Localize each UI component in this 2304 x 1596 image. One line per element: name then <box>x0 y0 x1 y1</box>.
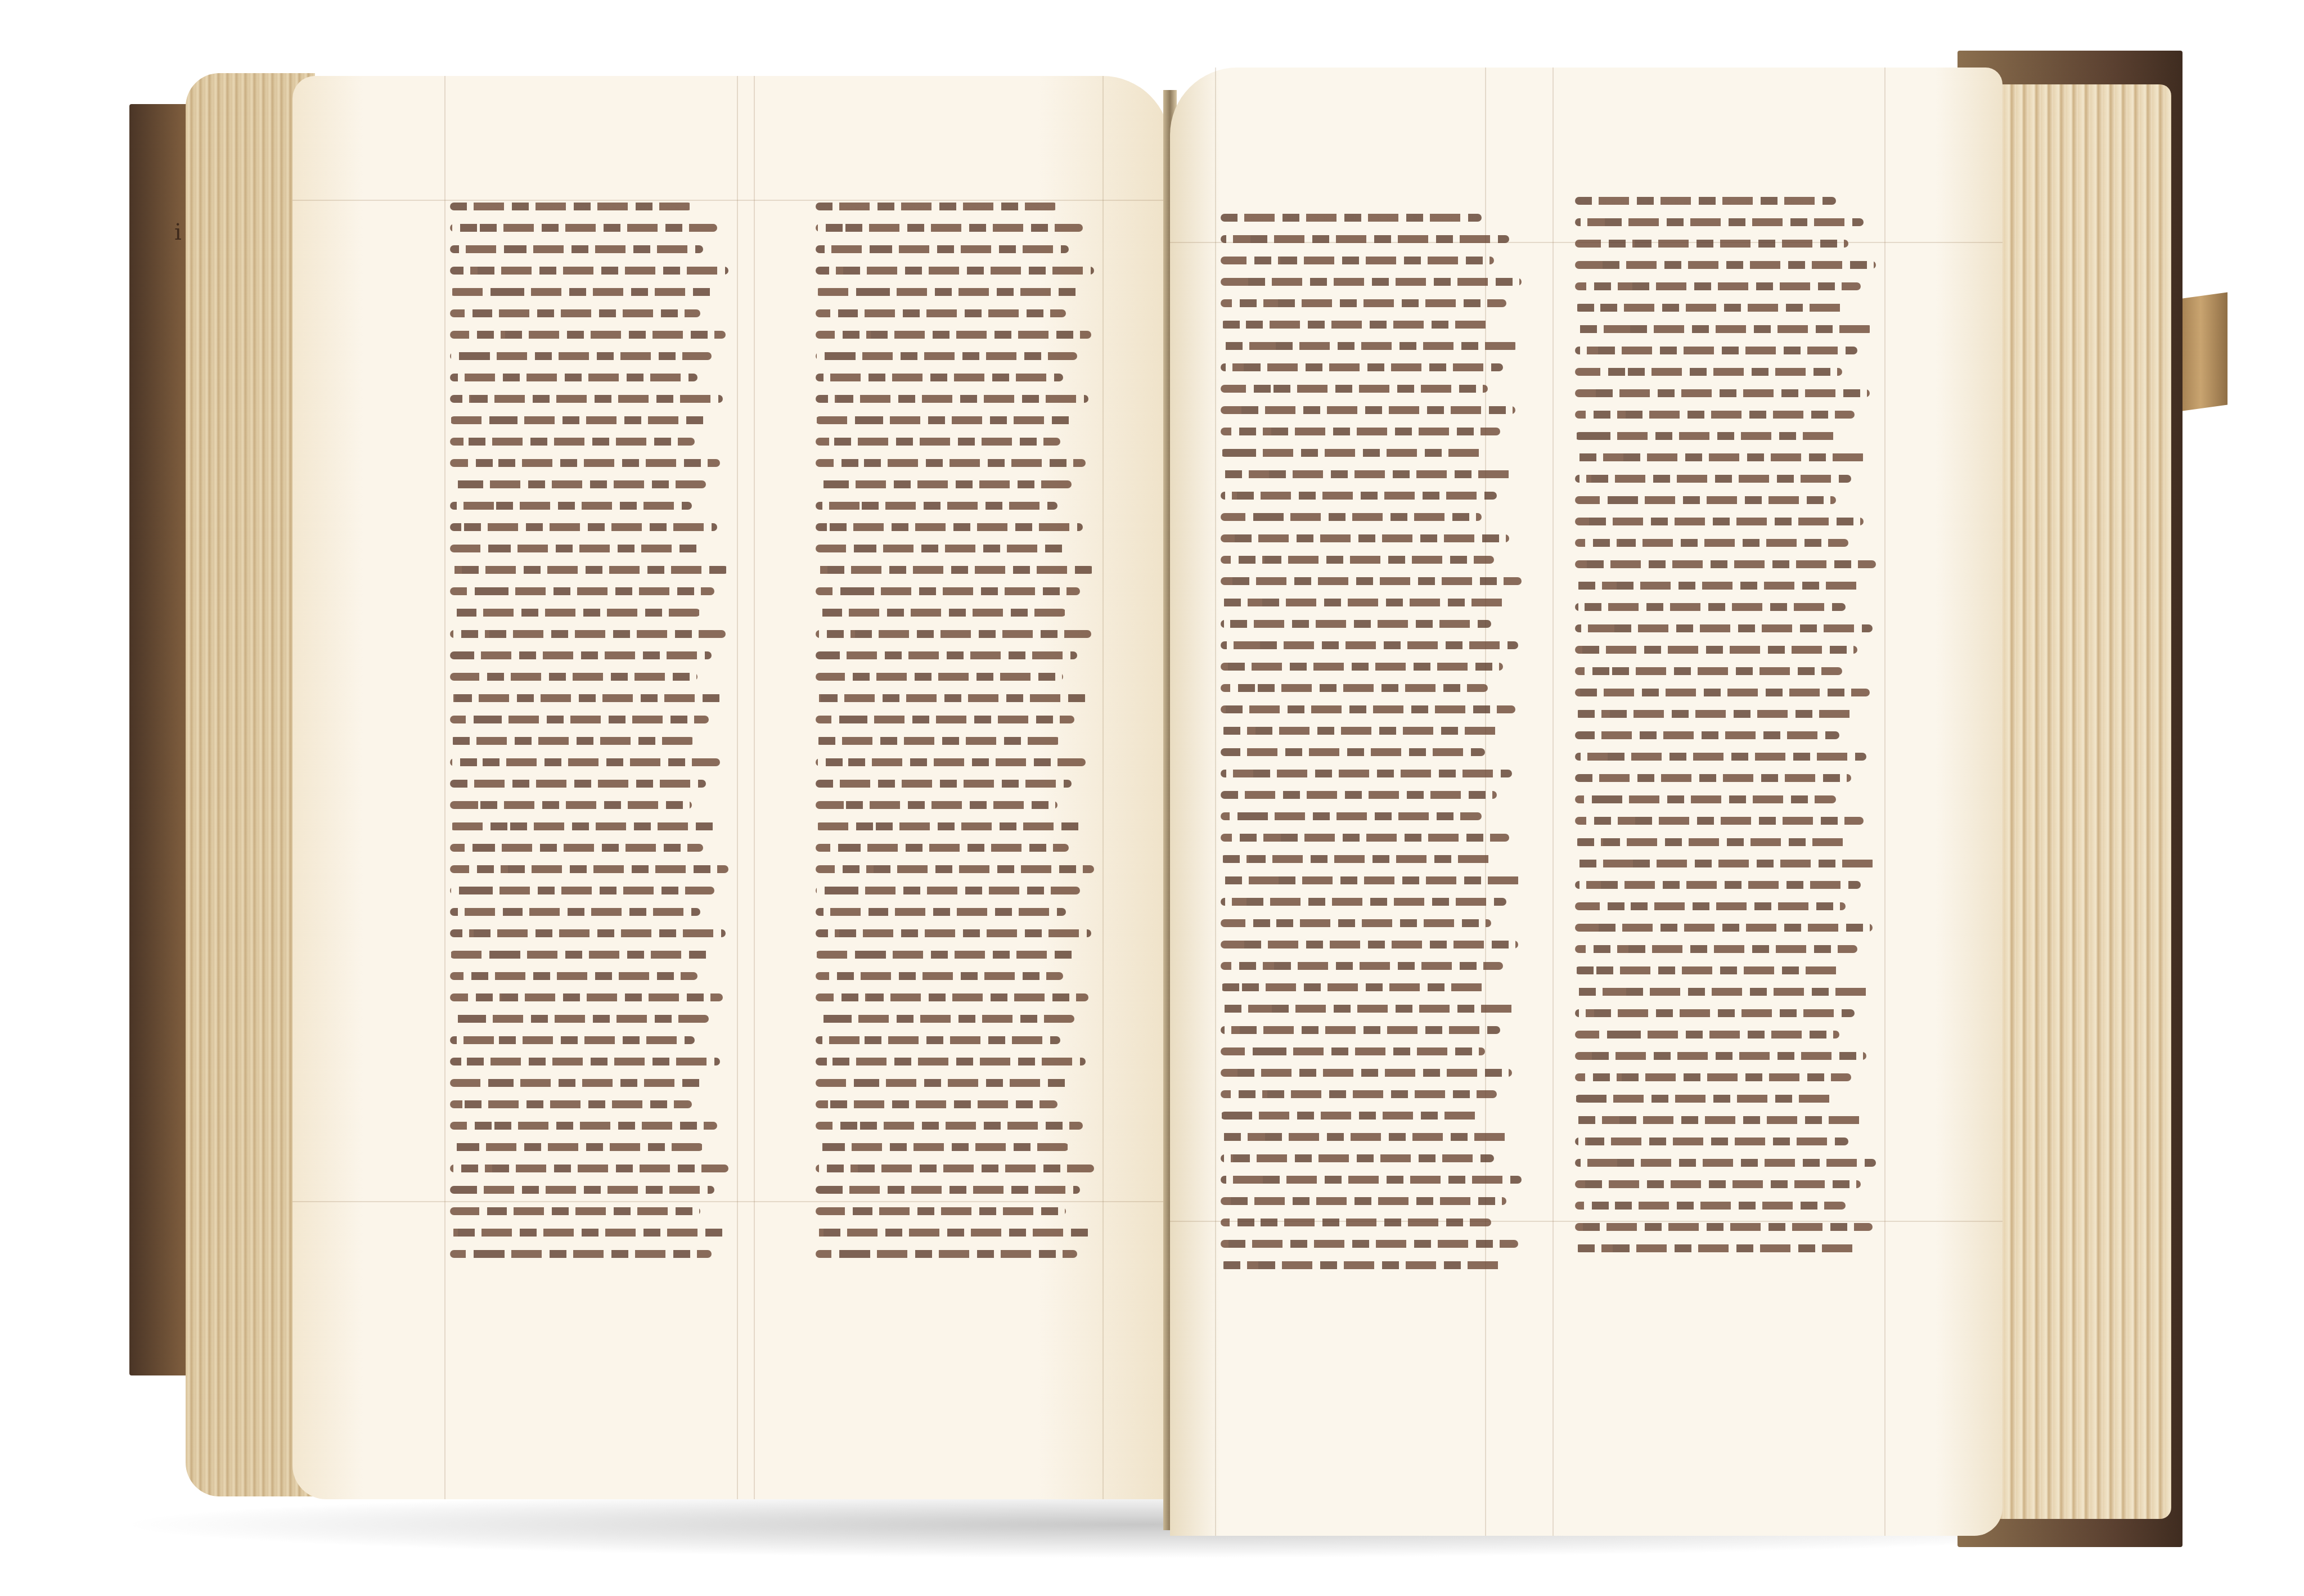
ruling-line <box>754 76 755 1499</box>
ruling-line <box>444 76 445 1499</box>
handwritten-line <box>816 694 1088 702</box>
handwritten-line <box>816 972 1063 980</box>
handwritten-line <box>816 288 1080 296</box>
handwritten-line <box>1221 599 1506 606</box>
handwritten-line <box>450 758 720 766</box>
handwritten-line <box>816 673 1063 681</box>
handwritten-line <box>450 1207 700 1215</box>
handwritten-line <box>450 288 714 296</box>
handwritten-line <box>1221 385 1488 393</box>
leather-tab <box>2182 292 2227 411</box>
handwritten-line <box>1221 1197 1506 1205</box>
handwritten-line <box>450 203 692 210</box>
handwritten-line <box>450 523 717 531</box>
handwritten-line <box>816 267 1094 275</box>
handwritten-line <box>1221 1090 1497 1098</box>
handwritten-line <box>1575 560 1876 568</box>
handwritten-line <box>450 609 700 617</box>
handwritten-line <box>450 1058 720 1066</box>
handwritten-line <box>816 545 1069 552</box>
handwritten-line <box>1221 855 1494 863</box>
handwritten-line <box>450 780 706 788</box>
handwritten-line <box>450 1122 717 1130</box>
folio-mark: i <box>174 219 182 245</box>
handwritten-line <box>1221 1112 1482 1120</box>
handwritten-line <box>1575 1052 1866 1060</box>
handwritten-line <box>1221 705 1515 713</box>
handwritten-line <box>1575 945 1857 953</box>
handwritten-line <box>1575 603 1846 611</box>
handwritten-line <box>816 502 1057 510</box>
ruling-line <box>1884 68 1885 1536</box>
handwritten-line <box>816 1207 1066 1215</box>
handwritten-line <box>1575 325 1873 333</box>
handwritten-line <box>1575 860 1876 867</box>
handwritten-line <box>816 865 1094 873</box>
handwritten-line <box>1221 449 1485 457</box>
handwritten-line <box>1575 582 1861 590</box>
handwritten-line <box>1575 689 1870 696</box>
handwritten-line <box>450 566 728 574</box>
handwritten-line <box>1221 834 1509 842</box>
text-column-2 <box>816 203 1097 1271</box>
handwritten-line <box>1575 368 1842 376</box>
handwritten-line <box>450 801 692 809</box>
handwritten-line <box>1575 518 1864 525</box>
handwritten-line <box>816 929 1091 937</box>
ruling-line <box>1552 68 1554 1536</box>
handwritten-line <box>1221 791 1497 799</box>
handwritten-line <box>1575 667 1842 675</box>
handwritten-line <box>450 309 700 317</box>
handwritten-line <box>1575 218 1864 226</box>
right-page <box>1170 68 2002 1536</box>
handwritten-line <box>816 1079 1072 1087</box>
handwritten-line <box>816 1186 1080 1194</box>
handwritten-line <box>1575 1031 1839 1038</box>
handwritten-line <box>450 951 712 959</box>
handwritten-line <box>816 737 1060 745</box>
handwritten-line <box>1575 924 1873 932</box>
text-column-1 <box>450 203 731 1271</box>
handwritten-line <box>1575 795 1836 803</box>
text-lines <box>1221 214 1524 1269</box>
handwritten-line <box>1221 962 1503 970</box>
ruling-line <box>737 76 738 1499</box>
handwritten-line <box>1575 347 1857 354</box>
handwritten-line <box>1575 624 1873 632</box>
handwritten-line <box>816 993 1088 1001</box>
handwritten-line <box>1221 770 1512 777</box>
handwritten-line <box>816 887 1080 894</box>
handwritten-line <box>450 224 717 232</box>
handwritten-line <box>1575 475 1851 483</box>
handwritten-line <box>450 1165 728 1172</box>
handwritten-line <box>1221 1047 1485 1055</box>
handwritten-line <box>1221 1176 1522 1184</box>
handwritten-line <box>450 887 714 894</box>
handwritten-line <box>1575 389 1870 397</box>
handwritten-line <box>1221 278 1522 286</box>
handwritten-line <box>1221 898 1506 906</box>
handwritten-line <box>1221 470 1512 478</box>
text-column-4 <box>1575 197 1879 1266</box>
handwritten-line <box>1575 1138 1848 1145</box>
handwritten-line <box>1575 646 1857 654</box>
handwritten-line <box>1221 876 1522 884</box>
handwritten-line <box>816 951 1077 959</box>
handwritten-line <box>450 480 706 488</box>
handwritten-line <box>1575 731 1839 739</box>
handwritten-line <box>450 352 712 360</box>
handwritten-line <box>450 1250 712 1258</box>
handwritten-line <box>450 1079 706 1087</box>
handwritten-line <box>816 587 1080 595</box>
handwritten-line <box>450 331 726 339</box>
handwritten-line <box>1221 299 1506 307</box>
handwritten-line <box>1575 838 1848 846</box>
handwritten-line <box>450 1015 709 1023</box>
handwritten-line <box>1575 710 1855 718</box>
handwritten-line <box>450 1186 714 1194</box>
handwritten-line <box>1221 406 1515 414</box>
handwritten-line <box>1575 817 1864 825</box>
handwritten-line <box>1221 919 1491 927</box>
handwritten-line <box>816 1229 1091 1237</box>
handwritten-line <box>816 1165 1094 1172</box>
handwritten-line <box>1221 428 1500 435</box>
handwritten-line <box>450 694 723 702</box>
handwritten-line <box>1221 214 1482 222</box>
handwritten-line <box>816 480 1072 488</box>
handwritten-line <box>450 374 697 381</box>
handwritten-line <box>816 416 1074 424</box>
handwritten-line <box>1575 774 1851 782</box>
handwritten-line <box>450 929 726 937</box>
handwritten-line <box>1575 411 1855 419</box>
handwritten-line <box>450 416 709 424</box>
handwritten-line <box>816 566 1094 574</box>
handwritten-line <box>1221 684 1488 692</box>
handwritten-line <box>816 331 1091 339</box>
handwritten-line <box>1221 663 1503 671</box>
handwritten-line <box>1575 240 1848 248</box>
handwritten-line <box>816 395 1088 403</box>
handwritten-line <box>450 822 717 830</box>
handwritten-line <box>1575 966 1842 974</box>
handwritten-line <box>816 780 1072 788</box>
handwritten-line <box>816 1250 1077 1258</box>
ruling-line <box>1215 68 1216 1536</box>
handwritten-line <box>1221 1219 1491 1226</box>
handwritten-line <box>1575 1095 1836 1103</box>
handwritten-line <box>1221 534 1509 542</box>
handwritten-line <box>450 438 695 446</box>
handwritten-line <box>1575 304 1846 312</box>
handwritten-line <box>816 630 1091 638</box>
handwritten-line <box>1221 513 1482 521</box>
handwritten-line <box>450 993 723 1001</box>
handwritten-line <box>816 609 1066 617</box>
handwritten-line <box>450 737 695 745</box>
handwritten-line <box>1575 1223 1873 1231</box>
handwritten-line <box>816 651 1077 659</box>
handwritten-line <box>1575 1244 1857 1252</box>
handwritten-line <box>1221 1154 1494 1162</box>
handwritten-line <box>1575 261 1876 269</box>
handwritten-line <box>816 801 1057 809</box>
handwritten-line <box>1221 1026 1500 1034</box>
handwritten-line <box>816 908 1066 916</box>
handwritten-line <box>450 545 703 552</box>
handwritten-line <box>1221 1261 1503 1269</box>
handwritten-line <box>1575 432 1839 440</box>
handwritten-line <box>1221 257 1494 264</box>
handwritten-line <box>816 309 1066 317</box>
handwritten-line <box>816 438 1060 446</box>
handwritten-line <box>1221 342 1518 350</box>
handwritten-line <box>1575 1180 1861 1188</box>
handwritten-line <box>1575 753 1866 761</box>
handwritten-line <box>1221 321 1491 329</box>
handwritten-line <box>1575 539 1848 547</box>
handwritten-line <box>816 352 1077 360</box>
handwritten-line <box>450 459 720 467</box>
right-fore-edge <box>1991 84 2171 1519</box>
handwritten-line <box>1575 496 1836 504</box>
handwritten-line <box>1575 453 1866 461</box>
handwritten-line <box>816 245 1069 253</box>
handwritten-line <box>1221 620 1491 628</box>
handwritten-line <box>450 1036 695 1044</box>
handwritten-line <box>450 630 726 638</box>
handwritten-line <box>816 758 1086 766</box>
ruling-line <box>292 200 1170 201</box>
handwritten-line <box>1575 197 1836 205</box>
handwritten-line <box>1575 988 1870 996</box>
handwritten-line <box>1575 1202 1846 1210</box>
handwritten-line <box>450 502 692 510</box>
handwritten-line <box>450 716 709 723</box>
handwritten-line <box>450 673 697 681</box>
handwritten-line <box>450 267 728 275</box>
handwritten-line <box>816 459 1086 467</box>
handwritten-line <box>1575 1116 1864 1124</box>
handwritten-line <box>450 395 723 403</box>
handwritten-line <box>1575 1009 1855 1017</box>
handwritten-line <box>450 1143 703 1151</box>
handwritten-line <box>1575 1073 1851 1081</box>
handwritten-line <box>450 844 703 852</box>
handwritten-line <box>450 865 728 873</box>
handwritten-line <box>1221 363 1503 371</box>
handwritten-line <box>450 972 697 980</box>
handwritten-line <box>450 651 712 659</box>
handwritten-line <box>1221 1133 1509 1141</box>
handwritten-line <box>1221 1005 1515 1013</box>
text-lines <box>450 203 731 1258</box>
handwritten-line <box>816 224 1083 232</box>
handwritten-line <box>1221 727 1500 735</box>
handwritten-line <box>816 716 1074 723</box>
handwritten-line <box>1221 235 1509 243</box>
text-lines <box>1575 197 1879 1252</box>
handwritten-line <box>1575 902 1846 910</box>
handwritten-line <box>1221 577 1522 585</box>
handwritten-line <box>1221 983 1488 991</box>
handwritten-line <box>816 1100 1057 1108</box>
handwritten-line <box>1575 1159 1876 1167</box>
handwritten-line <box>1575 881 1861 889</box>
handwritten-line <box>450 1229 726 1237</box>
handwritten-line <box>450 245 703 253</box>
handwritten-line <box>816 1036 1060 1044</box>
handwritten-line <box>1221 941 1518 948</box>
handwritten-line <box>1221 556 1494 564</box>
handwritten-line <box>1221 641 1518 649</box>
handwritten-line <box>816 1143 1069 1151</box>
handwritten-line <box>816 1015 1074 1023</box>
handwritten-line <box>450 1100 692 1108</box>
handwritten-line <box>816 523 1083 531</box>
handwritten-line <box>1221 812 1482 820</box>
handwritten-line <box>816 844 1069 852</box>
handwritten-line <box>1575 282 1861 290</box>
handwritten-line <box>1221 1240 1518 1248</box>
handwritten-line <box>816 822 1083 830</box>
handwritten-line <box>450 587 714 595</box>
handwritten-line <box>1221 492 1497 500</box>
handwritten-line <box>1221 748 1485 756</box>
text-column-3 <box>1221 214 1524 1283</box>
handwritten-line <box>816 1058 1086 1066</box>
handwritten-line <box>1221 1069 1512 1077</box>
handwritten-line <box>816 374 1063 381</box>
handwritten-line <box>450 908 700 916</box>
handwritten-line <box>816 203 1057 210</box>
handwritten-line <box>816 1122 1083 1130</box>
ruling-line <box>1102 76 1104 1499</box>
left-page <box>292 76 1170 1499</box>
text-lines <box>816 203 1097 1258</box>
